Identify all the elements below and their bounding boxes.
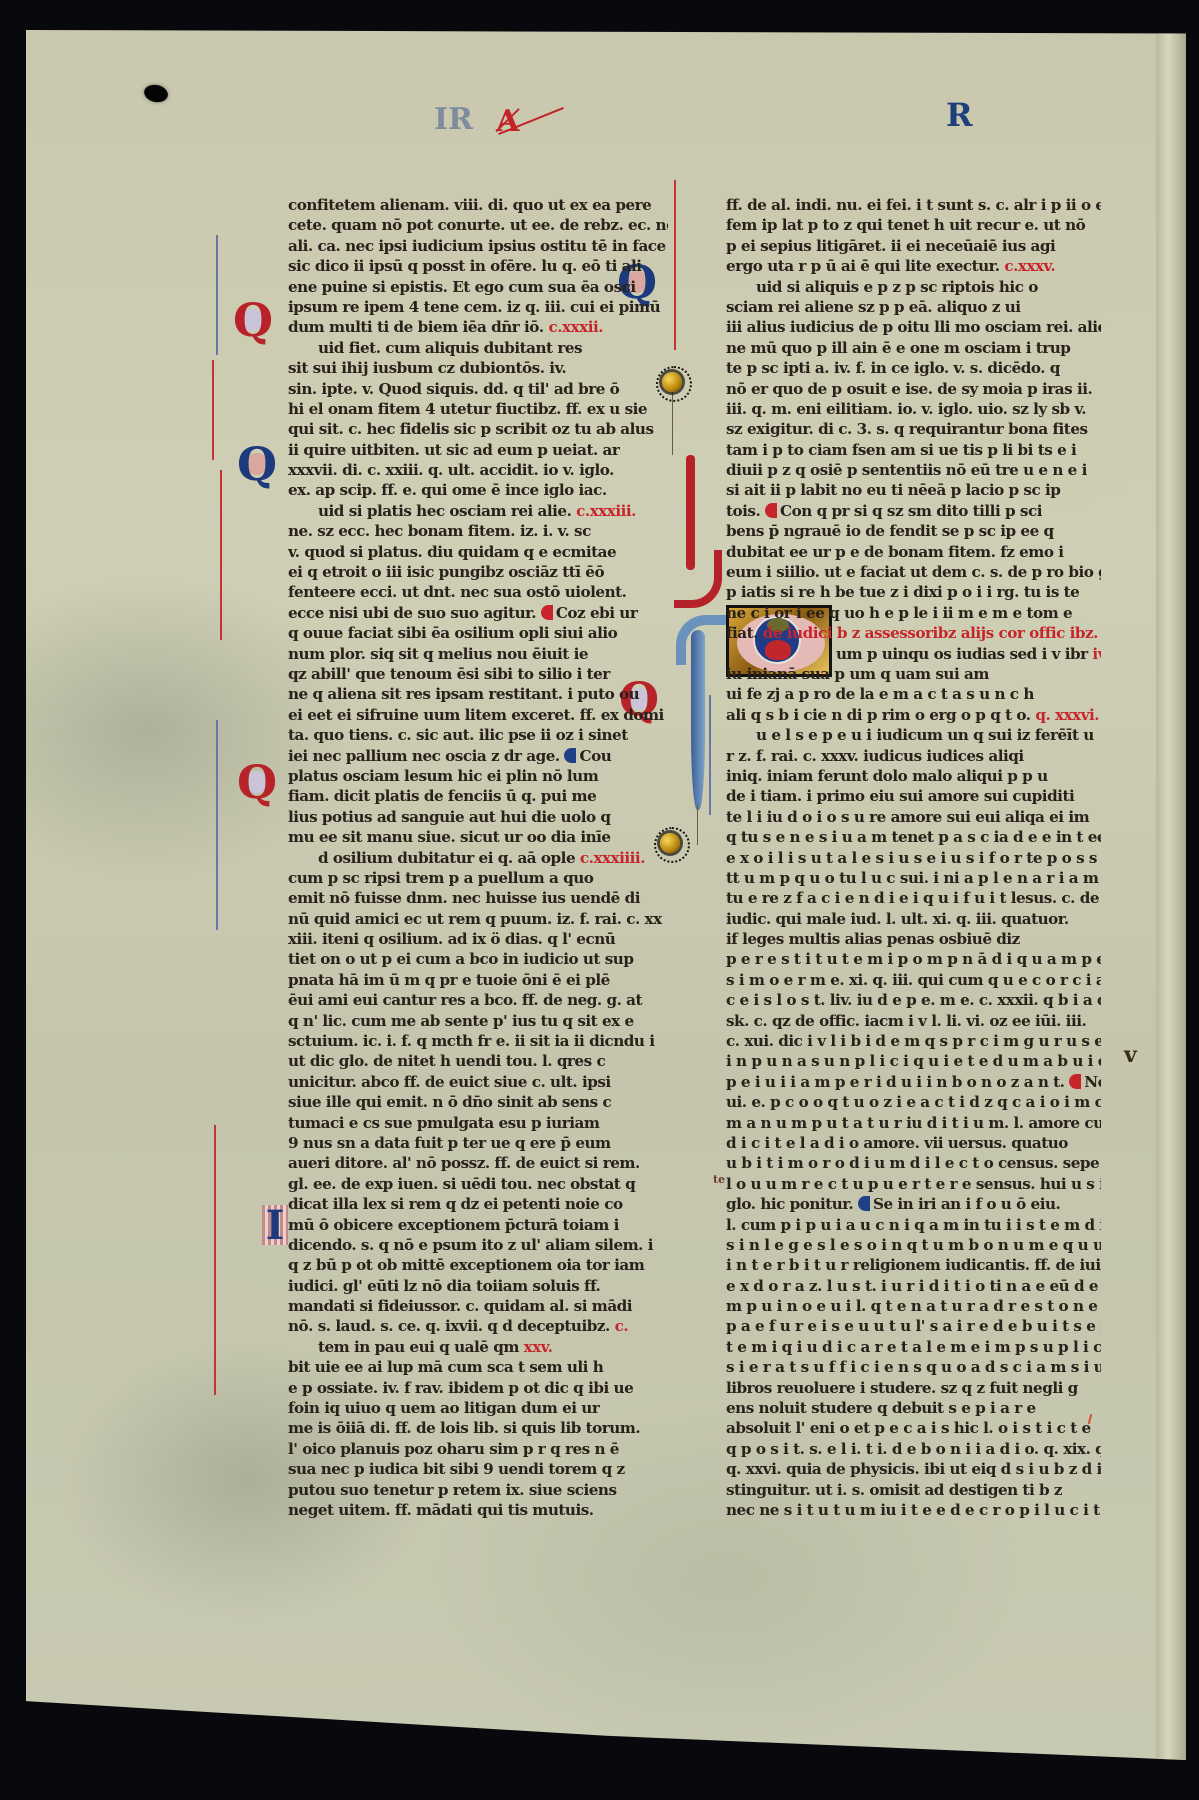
text-segment: ergo uta r p ū ai ē qui lite exectur. [726,257,1000,275]
text-line: r z. f. rai. c. xxxv. iudicus iudices al… [726,746,1101,766]
text-line: glo. hic ponitur. Se in iri an i f o u ō… [726,1194,1101,1214]
text-line: q. xxvi. quia de physicis. ibi ut eiq d … [726,1459,1101,1479]
text-segment: ei q etroit o iii isic pungibz osciāz tt… [288,563,604,581]
text-line: ff. de al. indi. nu. ei fei. i t sunt s.… [726,195,1101,215]
text-segment: ne. sz ecc. hec bonam fitem. iz. i. v. s… [288,522,591,540]
text-segment: ui. e. p c o o q t u o z i e a c t i d z… [726,1093,1101,1111]
text-segment: um p uinqu os iudias sed i v ibr [836,645,1088,663]
text-line: aueri ditore. al' nō possz. ff. de euict… [288,1153,668,1173]
rubric: c.xxxiiii. [575,849,645,867]
text-segment: me is ōiiā di. ff. de lois lib. si quis … [288,1419,640,1437]
text-segment: mu ee sit manu siue. sicut ur oo dia inī… [288,828,611,846]
text-line: pnata hā im ū m q pr e tuoie ōni ē ei pl… [288,970,668,990]
text-line: c e i s l o s t. liv. iu d e p e. m e. c… [726,990,1101,1010]
rubric: de iudici b z assessoribz alijs cor offi… [758,624,1098,642]
text-line: i n p u n a s u n p l i c i q u i e t e … [726,1051,1101,1071]
text-segment: c e i s l o s t. liv. iu d e p e. m e. c… [726,991,1101,1009]
text-segment: p e i u i i a m p e r i d u i i n b o n … [726,1073,1069,1091]
paragraph-mark-icon [541,605,553,620]
text-line: bit uie ee ai lup mā cum sca t sem uli h [288,1357,668,1377]
text-segment: qui sit. c. hec fidelis sic p scribit oz… [288,420,654,438]
paragraph-mark-icon [564,748,576,763]
text-segment: fiam. dicit platis de fenciis ū q. pui m… [288,787,596,805]
text-segment: v. quod si platus. diu quidam q e ecmita… [288,543,616,561]
text-segment: 9 nus sn a data fuit p ter ue q ere p̄ e… [288,1134,611,1152]
text-line: ne q aliena sit res ipsam restitant. i p… [288,684,668,704]
text-segment: sic dico ii ipsū q posst in ofēre. lu q.… [288,257,642,275]
text-segment: iudici. gl' eūti lz nō dia toiiam soluis… [288,1277,600,1295]
text-line: sz exigitur. di c. 3. s. q requirantur b… [726,419,1101,439]
text-segment: e x o i l i s u t a l e s i u s e i u s … [726,849,1101,867]
border-thread [697,805,698,845]
text-segment: absoluit l' eni o et p e c a i s hic l. … [726,1419,1091,1437]
text-segment: libros reuoluere i studere. sz q z fuit … [726,1379,1078,1397]
text-segment: m p u i n o e u i l. q t e n a t u r a d… [726,1297,1101,1315]
text-segment: gl. ee. de exp iuen. si uēdi tou. nec ob… [288,1175,635,1193]
rubric: c.xxxii. [544,318,603,336]
text-segment: ali q s b i cie n di p rim o erg o p q t… [726,706,1031,724]
text-line: hi el onam fitem 4 utetur fiuctibz. ff. … [288,399,668,419]
decorated-initial-i: I [262,1205,288,1245]
text-line: iudic. qui male iud. l. ult. xi. q. iii.… [726,909,1101,929]
border-bar-blue [691,630,705,810]
text-segment: ne q aliena sit res ipsam restitant. i p… [288,685,639,703]
text-line: xiii. iteni q osilium. ad ix ö dias. q l… [288,929,668,949]
text-line: mu ee sit manu siue. sicut ur oo dia inī… [288,827,668,847]
text-line: i n t e r b i t u r religionem iudicanti… [726,1255,1101,1275]
rubric: c. [610,1317,628,1335]
text-line: tois. Con q pr si q sz sm dito tilli p s… [726,501,1101,521]
text-segment: sz exigitur. di c. 3. s. q requirantur b… [726,420,1088,438]
text-line: uid si aliquis e p z p sc riptois hic o [726,277,1101,297]
text-line: tiet on o ut p ei cum a bco in iudicio u… [288,949,668,969]
text-segment: sin. ipte. v. Quod siquis. dd. q til' ad… [288,380,619,398]
text-line: iniq. iniam ferunt dolo malo aliqui p p … [726,766,1101,786]
rubric: xxv. [519,1338,552,1356]
running-title-faint: IR [434,102,473,137]
text-segment: p iatis si re h be tue z i dixi p o i i … [726,583,1079,601]
text-line: cum p sc ripsi trem p a puellum a quo [288,868,668,888]
text-segment: uid si platis hec osciam rei alie. [318,502,571,520]
text-line: d osilium dubitatur ei q. aā ople c.xxxi… [288,848,668,868]
text-segment: Cou [579,747,611,765]
text-segment: foin iq uiuo q uem ao litigan dum ei ur [288,1399,599,1417]
text-line: lius potius ad sanguie aut hui die uolo … [288,807,668,827]
text-segment: diuii p z q osiē p sententiis nō eū tre … [726,461,1087,479]
text-line: nec ne s i t u t u m iu i t e e d e c r … [726,1500,1101,1520]
text-segment: neget uitem. ff. mādati qui tis mutuis. [288,1501,594,1519]
text-segment: d i c i t e l a d i o amore. vii uersus.… [726,1134,1068,1152]
text-line: iei nec pallium nec oscia z dr age. Cou [288,746,668,766]
text-segment: sctuium. ic. i. f. q mcth fr e. ii sit i… [288,1032,655,1050]
text-line: ecce nisi ubi de suo suo agitur. Coz ebi… [288,603,668,623]
text-segment: mū ō obicere exceptionem p̄cturā toiam i [288,1216,619,1234]
text-line: m a n u m p u t a t u r iu d i t i u m. … [726,1113,1101,1133]
text-line: fenteere ecci. ut dnt. nec sua ostō uiol… [288,582,668,602]
penwork-flourish [216,235,228,355]
text-segment: uid si aliquis e p z p sc riptois hic o [756,278,1038,296]
text-line: iu inianā sua p um q uam sui am [726,664,1101,684]
text-segment: dubitat ee ur p e de bonam fitem. fz emo… [726,543,1064,561]
text-segment: q ouue faciat sibi ēa osilium opli siui … [288,624,617,642]
text-segment: fem ip lat p to z qui tenet h uit recur … [726,216,1085,234]
text-line: libros reuoluere i studere. sz q z fuit … [726,1378,1101,1398]
text-line: d i c i t e l a d i o amore. vii uersus.… [726,1133,1101,1153]
text-segment: ecce nisi ubi de suo suo agitur. [288,604,541,622]
text-segment: aueri ditore. al' nō possz. ff. de euict… [288,1154,640,1172]
penwork-flourish [212,360,224,460]
penwork-flourish [709,695,721,815]
text-line: p ei sepius litigāret. ii ei neceūaiē iu… [726,236,1101,256]
text-segment: uid fiet. cum aliquis dubitant res [318,339,582,357]
text-line: ali q s b i cie n di p rim o erg o p q t… [726,705,1101,725]
text-line: q n' lic. cum me ab sente p' ius tu q si… [288,1011,668,1031]
text-segment: q n' lic. cum me ab sente p' ius tu q si… [288,1012,634,1030]
text-line: foin iq uiuo q uem ao litigan dum ei ur [288,1398,668,1418]
text-line: tumaci e cs sue pmulgata esu p iuriam [288,1113,668,1133]
marginal-mark: v [1124,1042,1137,1068]
text-line: e x d o r a z. l u s t. i u r i d i t i … [726,1276,1101,1296]
text-line: ali. ca. nec ipsi iudicium ipsius ostitu… [288,236,668,256]
text-segment: Coz ebi ur [556,604,638,622]
text-segment: iniq. iniam ferunt dolo malo aliqui p p … [726,767,1048,785]
text-line: l. cum p i p u i a u c n i q a m in tu i… [726,1215,1101,1235]
text-segment: l' oico planuis poz oharu sim p r q res … [288,1440,619,1458]
text-segment: s i m o e r m e. xi. q. iii. qui cum q u… [726,971,1101,989]
text-segment: putou suo tenetur p retem ix. siue scien… [288,1481,617,1499]
text-segment: q p o s i t. s. e l i. t i. d e b o n i … [726,1440,1101,1458]
rubric: iv. [1088,645,1101,663]
text-segment: iii alius iudicius de p oitu lli mo osci… [726,318,1101,336]
penwork-flourish [220,470,232,640]
text-segment: bit uie ee ai lup mā cum sca t sem uli h [288,1358,603,1376]
text-segment: u e l s e p e u i iudicum un q sui iz fe… [756,726,1094,744]
text-segment: p e r e s t i t u t e m i p o m p n ā d … [726,950,1101,968]
text-line: ei q etroit o iii isic pungibz osciāz tt… [288,562,668,582]
manuscript-folio: IR Ⱥ R Q Q Q I Q Q confitetem alienam. v… [26,30,1186,1760]
text-segment: confitetem alienam. viii. di. quo ut ex … [288,196,651,214]
text-line: sic dico ii ipsū q posst in ofēre. lu q.… [288,256,668,276]
text-line: nō er quo de p osuit e ise. de sy moia p… [726,379,1101,399]
text-line: ne mū quo p ill ain ē e one m osciam i t… [726,338,1101,358]
text-segment: Con q pr si q sz sm dito tilli p sci [780,502,1042,520]
text-line: ēui ami eui cantur res a bco. ff. de neg… [288,990,668,1010]
text-line: if leges multis alias penas osbiuē diz [726,929,1101,949]
text-segment: iii. q. m. eni eilitiam. io. v. iglo. ui… [726,400,1086,418]
paragraph-mark-icon [1069,1074,1081,1089]
text-segment: sua nec p iudica bit sibi 9 uendi torem … [288,1460,625,1478]
text-segment: s i e r a t s u f f i c i e n s q u o a … [726,1358,1101,1376]
text-line: ut dic glo. de nitet h uendi tou. l. qre… [288,1051,668,1071]
text-segment: ff. de al. indi. nu. ei fei. i t sunt s.… [726,196,1101,214]
text-line: sciam rei aliene sz p p eā. aliquo z ui [726,297,1101,317]
text-segment: cete. quam nō pot conurte. ut ee. de reb… [288,216,668,234]
text-segment: ex. ap scip. ff. e. qui ome ē ince iglo … [288,481,607,499]
text-segment: l. cum p i p u i a u c n i q a m in tu i… [726,1216,1101,1234]
text-segment: sk. c. qz de offic. iacm i v l. li. vi. … [726,1012,1086,1030]
text-line: dicat illa lex si rem q dz ei petenti no… [288,1194,668,1214]
text-segment: iu inianā sua p um q uam sui am [726,665,989,683]
text-line: c. xui. dic i v l i b i d e m q s p r c … [726,1031,1101,1051]
text-line: ergo uta r p ū ai ē qui lite exectur. c.… [726,256,1101,276]
text-line: gl. ee. de exp iuen. si uēdi tou. nec ob… [288,1174,668,1194]
text-line: dicendo. s. q nō e psum ito z ul' aliam … [288,1235,668,1255]
text-line: ene puine si epistis. Et ego cum sua ēa … [288,277,668,297]
text-line: mandati si fideiussor. c. quidam al. si … [288,1296,668,1316]
text-segment: tu e re z f a c i e n d i e i q u i f u … [726,889,1101,907]
text-segment: m a n u m p u t a t u r iu d i t i u m. … [726,1114,1101,1132]
text-line: e p ossiate. iv. f rav. ibidem p ot dic … [288,1378,668,1398]
text-segment: u b i t i m o r o d i u m d i l e c t o … [726,1154,1101,1172]
paragraph-mark-icon [858,1196,870,1211]
text-column-right: ff. de al. indi. nu. ei fei. i t sunt s.… [726,195,1101,1520]
text-line: l o u u m r e c t u p u e r t e r e sens… [726,1174,1101,1194]
rubric: c.xxxv. [1000,257,1056,275]
text-segment: xiii. iteni q osilium. ad ix ö dias. q l… [288,930,615,948]
text-line: platus osciam lesum hic ei plin nō lum [288,766,668,786]
text-segment: tumaci e cs sue pmulgata esu p iuriam [288,1114,599,1132]
text-segment: d osilium dubitatur ei q. aā ople [318,849,575,867]
text-line: mū ō obicere exceptionem p̄cturā toiam i [288,1215,668,1235]
text-segment: ens noluit studere q debuit s e p i a r … [726,1399,1036,1417]
text-line: uid fiet. cum aliquis dubitant res [288,338,668,358]
text-segment: p a e f u r e i s e u u t u l' s a i r e… [726,1317,1101,1335]
text-line: q tu s e n e s i u a m tenet p a s c ia … [726,827,1101,847]
text-line: bens p̄ ngrauē io de fendit se p sc ip e… [726,521,1101,541]
text-line: qui sit. c. hec fidelis sic p scribit oz… [288,419,668,439]
text-segment: ii quire uitbiten. ut sic ad eum p ueiat… [288,441,619,459]
text-segment: qz abill' que tenoum ēsi sibi to silio i… [288,665,610,683]
text-segment: stinguitur. ut i. s. omisit ad destigen … [726,1481,1062,1499]
text-segment: iudic. qui male iud. l. ult. xi. q. iii.… [726,910,1069,928]
text-line: siue ille qui emit. n ō dn̄o sinit ab se… [288,1092,668,1112]
text-line: tt u m p q u o tu l u c sui. i ni a p l … [726,868,1101,888]
text-segment: de i tiam. i primo eiu sui amore sui cup… [726,787,1074,805]
text-line: stinguitur. ut i. s. omisit ad destigen … [726,1480,1101,1500]
text-line: q ouue faciat sibi ēa osilium opli siui … [288,623,668,643]
text-segment: xxxvii. di. c. xxiii. q. ult. accidit. i… [288,461,614,479]
text-segment: r z. f. rai. c. xxxv. iudicus iudices al… [726,747,1024,765]
text-line: sctuium. ic. i. f. q mcth fr e. ii sit i… [288,1031,668,1051]
text-segment: t e m i q i u d i c a r e t a l e m e i … [726,1338,1101,1356]
text-segment: iei nec pallium nec oscia z dr age. [288,747,564,765]
text-line: emit nō fuisse dnm. nec huisse ius uendē… [288,888,668,908]
text-line: p e r e s t i t u t e m i p o m p n ā d … [726,949,1101,969]
text-segment: eum i siilio. ut e faciat ut dem c. s. d… [726,563,1101,581]
text-segment: ēui ami eui cantur res a bco. ff. de neg… [288,991,642,1009]
text-segment: i n t e r b i t u r religionem iudicanti… [726,1256,1101,1274]
text-segment: ei eet ei sifruine uum litem exceret. ff… [288,706,664,724]
text-segment: ta. quo tiens. c. sic aut. ilic pse ii o… [288,726,628,744]
text-segment: q. xxvi. quia de physicis. ibi ut eiq d … [726,1460,1101,1478]
text-line: l' oico planuis poz oharu sim p r q res … [288,1439,668,1459]
text-line: 9 nus sn a data fuit p ter ue q ere p̄ e… [288,1133,668,1153]
text-segment: te l i iu d o i o s u re amore sui eui a… [726,808,1089,826]
text-line: s i n l e g e s l e s o i n q t u m b o … [726,1235,1101,1255]
rubric: q. xxxvi. [1031,706,1100,724]
decorated-initial-q: Q [235,442,279,486]
text-line: si ait ii p labit no eu ti nēeā p lacio … [726,480,1101,500]
penwork-flourish [674,180,686,350]
text-segment: q tu s e n e s i u a m tenet p a s c ia … [726,828,1101,846]
text-line: t e m i q i u d i c a r e t a l e m e i … [726,1337,1101,1357]
text-line: ne c i or i ee q uo h e p le i ii m e m … [726,603,1101,623]
penwork-flourish [214,1125,226,1395]
text-line: m p u i n o e u i l. q t e n a t u r a d… [726,1296,1101,1316]
text-line: fiam. dicit platis de fenciis ū q. pui m… [288,786,668,806]
text-segment: dicat illa lex si rem q dz ei petenti no… [288,1195,623,1213]
text-segment: e p ossiate. iv. f rav. ibidem p ot dic … [288,1379,633,1397]
text-segment: ene puine si epistis. Et ego cum sua ēa … [288,278,636,296]
text-segment: ne c i or i ee q uo h e p le i ii m e m … [726,604,1072,622]
text-line: num plor. siq sit q melius nou ēiuit ie [288,644,668,664]
text-line: me is ōiiā di. ff. de lois lib. si quis … [288,1418,668,1438]
border-leaf-red [674,550,722,608]
text-line: ta. quo tiens. c. sic aut. ilic pse ii o… [288,725,668,745]
marginal-mark: te [713,1173,725,1186]
text-segment: bens p̄ ngrauē io de fendit se p sc ip e… [726,522,1054,540]
text-segment: i n p u n a s u n p l i c i q u i e t e … [726,1052,1101,1070]
running-title-right: R [946,96,973,134]
text-segment: l o u u m r e c t u p u e r t e r e sens… [726,1175,1101,1193]
wormhole [142,83,169,105]
text-line: u b i t i m o r o d i u m d i l e c t o … [726,1153,1101,1173]
text-segment: nō. s. laud. s. ce. q. ixvii. q d decept… [288,1317,610,1335]
text-line: q z bū p ot ob mittē exceptionem oia tor… [288,1255,668,1275]
text-line: ne. sz ecc. hec bonam fitem. iz. i. v. s… [288,521,668,541]
text-segment: p ei sepius litigāret. ii ei neceūaiē iu… [726,237,1055,255]
text-line: neget uitem. ff. mādati qui tis mutuis. [288,1500,668,1520]
text-segment: q z bū p ot ob mittē exceptionem oia tor… [288,1256,644,1274]
text-line: tem in pau eui q ualē qm xxv. [288,1337,668,1357]
binding-gutter [1156,30,1186,1760]
text-segment: No iq [1084,1073,1101,1091]
text-segment: ut dic glo. de nitet h uendi tou. l. qre… [288,1052,605,1070]
text-line: q p o s i t. s. e l i. t i. d e b o n i … [726,1439,1101,1459]
text-segment: ali. ca. nec ipsi iudicium ipsius ostitu… [288,237,666,255]
text-line: qz abill' que tenoum ēsi sibi to silio i… [288,664,668,684]
text-line: e x o i l i s u t a l e s i u s e i u s … [726,848,1101,868]
text-line: confitetem alienam. viii. di. quo ut ex … [288,195,668,215]
text-segment: lius potius ad sanguie aut hui die uolo … [288,808,611,826]
text-line: p a e f u r e i s e u u t u l' s a i r e… [726,1316,1101,1336]
text-line: fiat. de iudici b z assessoribz alijs co… [726,623,1101,643]
rubric: c.xxxiii. [571,502,636,520]
text-column-left: confitetem alienam. viii. di. quo ut ex … [288,195,668,1520]
text-line: uid si platis hec osciam rei alie. c.xxx… [288,501,668,521]
text-segment: unicitur. abco ff. de euict siue c. ult.… [288,1073,611,1091]
text-line: cete. quam nō pot conurte. ut ee. de reb… [288,215,668,235]
text-line: ipsum re ipem 4 tene cem. iz q. iii. cui… [288,297,668,317]
text-segment: nec ne s i t u t u m iu i t e e d e c r … [726,1501,1101,1519]
decorated-initial-q: Q [235,760,279,804]
text-segment: Se in iri an i f o u ō eiu. [873,1195,1060,1213]
text-line: te p sc ipti a. iv. f. in ce iglo. v. s.… [726,358,1101,378]
text-line: eum i siilio. ut e faciat ut dem c. s. d… [726,562,1101,582]
text-segment: num plor. siq sit q melius nou ēiuit ie [288,645,588,663]
text-line: sk. c. qz de offic. iacm i v l. li. vi. … [726,1011,1101,1031]
text-segment: glo. hic ponitur. [726,1195,858,1213]
text-line: xxxvii. di. c. xxiii. q. ult. accidit. i… [288,460,668,480]
text-segment: ne mū quo p ill ain ē e one m osciam i t… [726,339,1070,357]
text-line: sin. ipte. v. Quod siquis. dd. q til' ad… [288,379,668,399]
penwork-flourish [216,720,228,930]
text-segment: fenteere ecci. ut dnt. nec sua ostō uiol… [288,583,626,601]
text-segment: sit sui ihĳ iusbum cz dubiontōs. iv. [288,359,566,377]
text-segment: siue ille qui emit. n ō dn̄o sinit ab se… [288,1093,611,1111]
text-line: v. quod si platus. diu quidam q e ecmita… [288,542,668,562]
text-line: sua nec p iudica bit sibi 9 uendi torem … [288,1459,668,1479]
decorated-initial-q: Q [231,298,275,342]
text-segment: pnata hā im ū m q pr e tuoie ōni ē ei pl… [288,971,610,989]
text-line: dum multi ti de biem iēa dn̄r iō. c.xxxi… [288,317,668,337]
text-segment: s i n l e g e s l e s o i n q t u m b o … [726,1236,1101,1254]
text-line: ex. ap scip. ff. e. qui ome ē ince iglo … [288,480,668,500]
text-segment: if leges multis alias penas osbiuē diz [726,930,1020,948]
text-segment: sciam rei aliene sz p p eā. aliquo z ui [726,298,1021,316]
text-line: fem ip lat p to z qui tenet h uit recur … [726,215,1101,235]
text-segment: emit nō fuisse dnm. nec huisse ius uendē… [288,889,640,907]
text-segment: e x d o r a z. l u s t. i u r i d i t i … [726,1277,1101,1295]
text-line: tam i p to ciam fsen am si ue tis p li b… [726,440,1101,460]
text-line: iii. q. m. eni eilitiam. io. v. iglo. ui… [726,399,1101,419]
text-segment: mandati si fideiussor. c. quidam al. si … [288,1297,632,1315]
text-segment: tois. [726,502,765,520]
text-line: p iatis si re h be tue z i dixi p o i i … [726,582,1101,602]
text-line: dubitat ee ur p e de bonam fitem. fz emo… [726,542,1101,562]
text-line: ui. e. p c o o q t u o z i e a c t i d z… [726,1092,1101,1112]
text-segment: tiet on o ut p ei cum a bco in iudicio u… [288,950,633,968]
text-segment: ipsum re ipem 4 tene cem. iz q. iii. cui… [288,298,660,316]
text-segment: tt u m p q u o tu l u c sui. i ni a p l … [726,869,1101,887]
text-line: iii alius iudicius de p oitu lli mo osci… [726,317,1101,337]
text-segment: nō er quo de p osuit e ise. de sy moia p… [726,380,1092,398]
text-line: absoluit l' eni o et p e c a i s hic l. … [726,1418,1101,1438]
text-line: u e l s e p e u i iudicum un q sui iz fe… [726,725,1101,745]
text-line: s i e r a t s u f f i c i e n s q u o a … [726,1357,1101,1377]
text-segment: tem in pau eui q ualē qm [318,1338,519,1356]
text-segment: cum p sc ripsi trem p a puellum a quo [288,869,593,887]
text-line: te l i iu d o i o s u re amore sui eui a… [726,807,1101,827]
text-line: unicitur. abco ff. de euict siue c. ult.… [288,1072,668,1092]
text-line: um p uinqu os iudias sed i v ibr iv. [726,644,1101,664]
text-line: nū quid amici ec ut rem q puum. iz. f. r… [288,909,668,929]
text-line: p e i u i i a m p e r i d u i i n b o n … [726,1072,1101,1092]
text-line: putou suo tenetur p retem ix. siue scien… [288,1480,668,1500]
text-segment: tam i p to ciam fsen am si ue tis p li b… [726,441,1076,459]
text-segment: ui fe zj a p ro de la e m a c t a s u n … [726,685,1034,703]
text-line: nō. s. laud. s. ce. q. ixvii. q d decept… [288,1316,668,1336]
text-line: ui fe zj a p ro de la e m a c t a s u n … [726,684,1101,704]
text-segment: si ait ii p labit no eu ti nēeā p lacio … [726,481,1060,499]
text-line: de i tiam. i primo eiu sui amore sui cup… [726,786,1101,806]
text-segment: hi el onam fitem 4 utetur fiuctibz. ff. … [288,400,647,418]
text-line: s i m o e r m e. xi. q. iii. qui cum q u… [726,970,1101,990]
text-line: sit sui ihĳ iusbum cz dubiontōs. iv. [288,358,668,378]
text-segment: dum multi ti de biem iēa dn̄r iō. [288,318,544,336]
paragraph-mark-icon [765,503,777,518]
text-segment: nū quid amici ec ut rem q puum. iz. f. r… [288,910,662,928]
text-line: ei eet ei sifruine uum litem exceret. ff… [288,705,668,725]
text-segment: platus osciam lesum hic ei plin nō lum [288,767,598,785]
text-line: ens noluit studere q debuit s e p i a r … [726,1398,1101,1418]
text-segment: fiat. [726,624,758,642]
text-segment: dicendo. s. q nō e psum ito z ul' aliam … [288,1236,653,1254]
text-line: tu e re z f a c i e n d i e i q u i f u … [726,888,1101,908]
text-segment: c. xui. dic i v l i b i d e m q s p r c … [726,1032,1101,1050]
text-line: ii quire uitbiten. ut sic ad eum p ueiat… [288,440,668,460]
text-line: diuii p z q osiē p sententiis nō eū tre … [726,460,1101,480]
